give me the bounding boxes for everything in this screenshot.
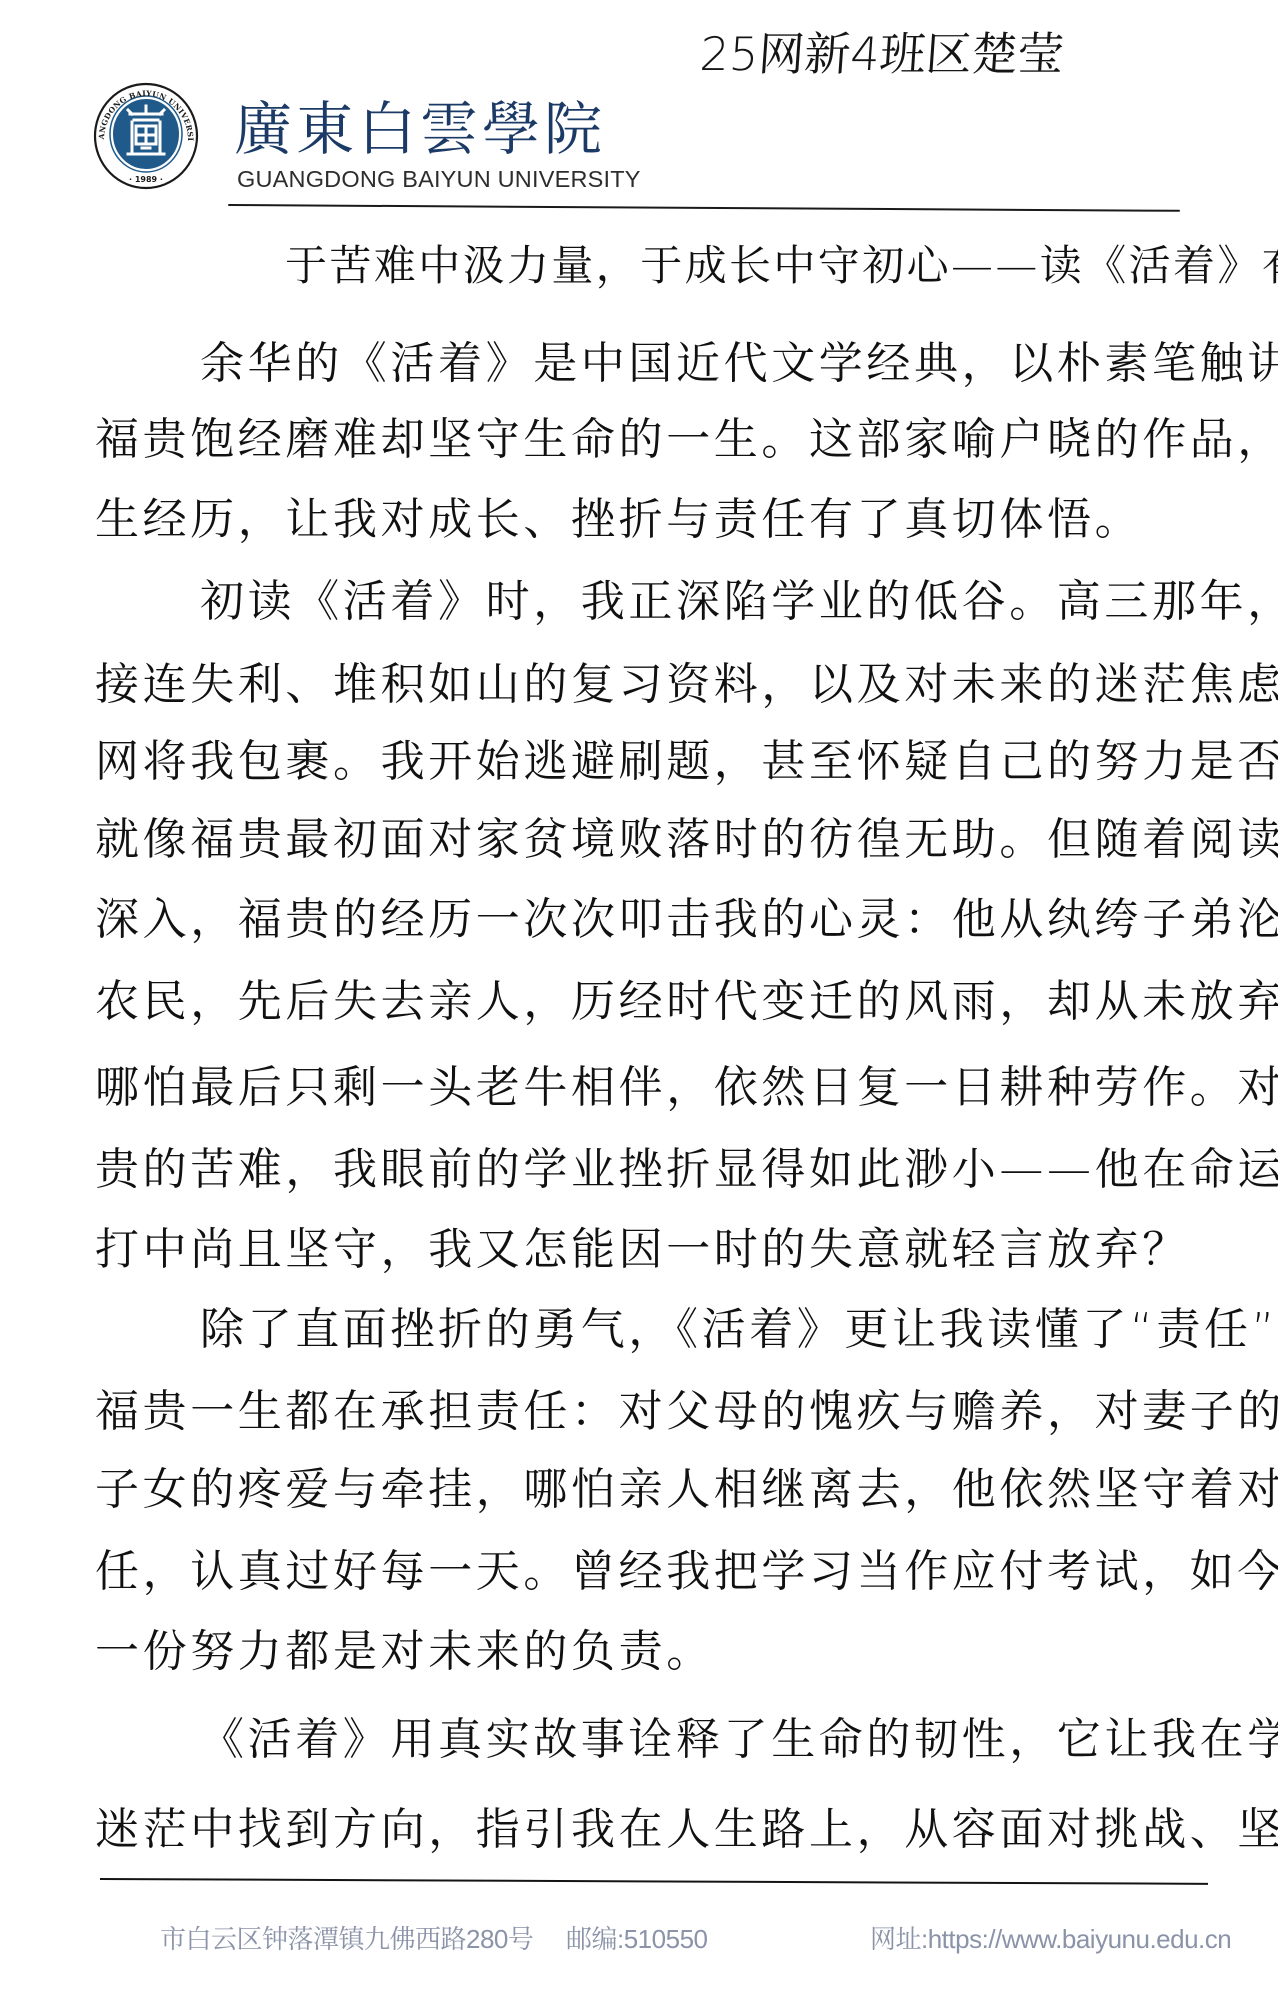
essay-line: 接连失利、堆积如山的复习资料，以及对未来的迷茫焦虑，像一张密 <box>95 655 1278 715</box>
footer-website: 网址:https://www.baiyunu.edu.cn <box>870 1922 1231 1956</box>
author-class-name: 25网新4班区楚莹 <box>698 22 1066 86</box>
essay-line: 余华的《活着》是中国近代文学经典，以朴素笔触讲述农民 <box>200 334 1278 394</box>
school-name-english: GUANGDONG BAIYUN UNIVERSITY <box>237 166 641 192</box>
essay-line: 就像福贵最初面对家贫境败落时的彷徨无助。但随着阅读的 <box>95 810 1278 870</box>
essay-title: 于苦难中汲力量，于成长中守初心——读《活着》有感 <box>285 236 1278 296</box>
essay-line: 贵的苦难，我眼前的学业挫折显得如此渺小——他在命运的反复捶 <box>95 1140 1278 1200</box>
header-divider <box>228 204 1180 212</box>
essay-line: 《活着》用真实故事诠释了生命的韧性，它让我在学生时代的 <box>200 1710 1278 1770</box>
footer-address: 市白云区钟落潭镇九佛西路280号 <box>160 1922 533 1956</box>
essay-line: 任，认真过好每一天。曾经我把学习当作应付考试，如今懂得，每 <box>95 1542 1278 1602</box>
seal-icon: · 1989 · GUANGDONG BAIYUN UNIVERSITY <box>92 82 200 190</box>
essay-line: 迷茫中找到方向，指引我在人生路上，从容面对挑战、坚守初心前行。 <box>95 1800 1278 1860</box>
essay-line: 哪怕最后只剩一头老牛相伴，依然日复一日耕种劳作。对比福 <box>95 1058 1278 1118</box>
essay-line: 打中尚且坚守，我又怎能因一时的失意就轻言放弃？ <box>95 1220 1190 1280</box>
essay-line: 一份努力都是对未来的负责。 <box>95 1622 714 1682</box>
essay-line: 福贵一生都在承担责任：对父母的愧疚与赡养，对妻子的陪伴与守护，对 <box>95 1382 1278 1442</box>
essay-line: 网将我包裹。我开始逃避刷题，甚至怀疑自己的努力是否有意义， <box>95 732 1278 792</box>
university-seal-logo: · 1989 · GUANGDONG BAIYUN UNIVERSITY <box>92 82 200 190</box>
essay-line: 福贵饱经磨难却坚守生命的一生。这部家喻户晓的作品，结合我的学 <box>95 410 1278 470</box>
essay-line: 生经历，让我对成长、挫折与责任有了真切体悟。 <box>95 490 1142 550</box>
essay-line: 农民，先后失去亲人，历经时代变迁的风雨，却从未放弃活着的希望， <box>95 972 1278 1032</box>
essay-line: 子女的疼爱与牵挂，哪怕亲人相继离去，他依然坚守着对生命的责 <box>95 1460 1278 1520</box>
footer-postcode: 邮编:510550 <box>566 1922 707 1956</box>
essay-line: 除了直面挫折的勇气，《活着》更让我读懂了“责任”二字的重量。 <box>200 1300 1278 1360</box>
essay-line: 深入，福贵的经历一次次叩击我的心灵：他从纨绔子弟沦为贫苦 <box>95 890 1278 950</box>
essay-line: 初读《活着》时，我正深陷学业的低谷。高三那年，模拟考试的 <box>200 572 1278 632</box>
school-name-chinese: 廣東白雲學院 <box>234 96 606 162</box>
final-line-underline <box>100 1878 1208 1885</box>
svg-text:· 1989 ·: · 1989 · <box>129 175 163 184</box>
